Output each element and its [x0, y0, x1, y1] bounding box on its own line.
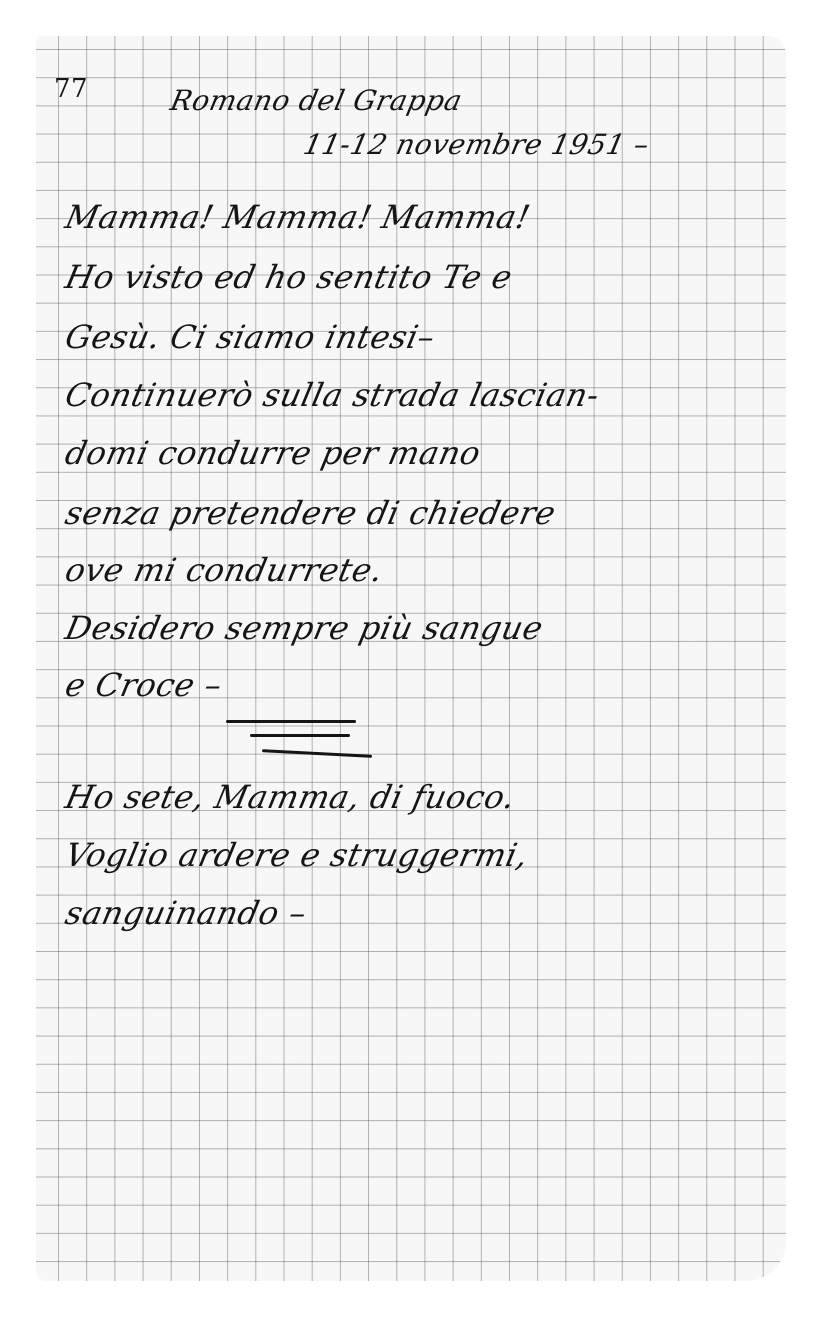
place-heading: Romano del Grappa	[167, 84, 465, 117]
triple-underline	[226, 720, 446, 780]
text-line-11: Voglio ardere e struggermi,	[62, 836, 532, 874]
text-line-4: Continuerò sulla strada lascian-	[62, 376, 603, 414]
notebook-page: 77 Romano del Grappa 11-12 novembre 1951…	[36, 36, 786, 1281]
text-line-10: Ho sete, Mamma, di fuoco.	[62, 778, 519, 816]
text-line-3: Gesù. Ci siamo intesi–	[62, 318, 439, 356]
text-line-5: domi condurre per mano	[62, 434, 484, 472]
text-line-1: Mamma! Mamma! Mamma!	[62, 198, 534, 236]
text-line-8: Desidero sempre più sangue	[62, 609, 547, 647]
text-line-6: senza pretendere di chiedere	[62, 494, 559, 532]
text-line-2: Ho visto ed ho sentito Te e	[62, 258, 516, 296]
date-heading: 11-12 novembre 1951 –	[300, 128, 652, 161]
page-number: 77	[54, 74, 88, 104]
text-line-7: ove mi condurrete.	[62, 551, 387, 589]
text-line-12: sanguinando –	[62, 894, 310, 932]
text-line-9: e Croce –	[62, 666, 226, 704]
